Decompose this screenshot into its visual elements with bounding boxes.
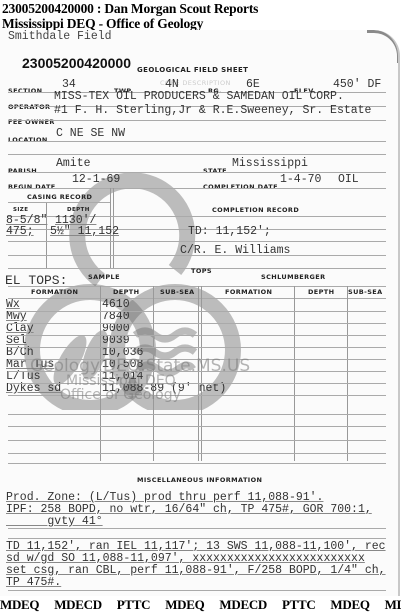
field-name: Smithdale Field [8, 30, 112, 43]
operator-label: OPERATOR [8, 103, 50, 111]
casing-row-2-depth: 5½" 11,152 [50, 225, 119, 238]
col-subsea-sample: SUB-SEA [160, 288, 195, 296]
casing-depth-header: DEPTH [67, 207, 90, 213]
well-type-value: OIL [338, 173, 359, 186]
misc-line: set csg, ran CBL, perf 11,088-91', F/258… [6, 564, 386, 577]
casing-size-header: SIZE [13, 207, 28, 213]
completion-date-value: 1-4-70 [280, 173, 321, 186]
section-label: SECTION [8, 87, 43, 95]
state-label: STATE [203, 167, 227, 175]
sheet-title: GEOLOGICAL FIELD SHEET [137, 66, 248, 74]
parish-value: Amite [56, 157, 91, 170]
col-formation-schlumberger: FORMATION [225, 288, 272, 296]
col-depth-sample: DEPTH [113, 288, 139, 296]
footer-item: PTTC [282, 597, 315, 612]
col-subsea-schlumberger: SUB-SEA [348, 288, 383, 296]
location-value: C NE SE NW [56, 127, 125, 140]
misc-line: gvty 41° [6, 515, 103, 528]
location-label: LOCATION [8, 136, 48, 144]
misc-title: MISCELLANEOUS INFORMATION [137, 476, 262, 484]
operator-value: MISS-TEX OIL PRODUCERS & SAMEDAN OIL COR… [54, 90, 344, 103]
begin-date-label: BEGIN DATE [8, 183, 56, 191]
casing-record-title: CASING RECORD [27, 193, 92, 201]
footer-item: MDECD [385, 597, 401, 612]
geological-field-sheet: Smithdale Field 23005200420000 GEOLOGICA… [0, 30, 400, 596]
footer-item: MDECD [54, 597, 102, 612]
completion-record-title: COMPLETION RECORD [212, 206, 299, 214]
api-number: 23005200420000 [22, 55, 131, 71]
begin-date-value: 12-1-69 [72, 173, 120, 186]
footer-item: MDEQ [165, 597, 204, 612]
footer-sponsor-bar: MDEQ MDECD PTTC MDEQ MDECD PTTC MDEQ MDE… [0, 597, 401, 613]
sample-title: SAMPLE [88, 273, 120, 281]
parish-label: PARISH [8, 167, 37, 175]
completion-date-label: COMPLETION DATE [203, 183, 278, 191]
completion-td: TD: 11,152'; [188, 225, 271, 238]
tops-title: TOPS [191, 267, 212, 275]
footer-item: PTTC [117, 597, 150, 612]
footer-item: MDEQ [0, 597, 39, 612]
fee-owner-value: #1 F. H. Sterling,Jr & R.E.Sweeney, Sr. … [54, 104, 371, 117]
footer-item: MDECD [219, 597, 267, 612]
report-title: 23005200420000 : Dan Morgan Scout Report… [2, 1, 258, 17]
footer-item: MDEQ [330, 597, 369, 612]
misc-line: TP 475#. [6, 576, 61, 589]
watermark-office: Office of Geology [60, 387, 181, 403]
col-formation-sample: FORMATION [31, 288, 78, 296]
schlumberger-title: SCHLUMBERGER [261, 273, 326, 281]
col-depth-schlumberger: DEPTH [308, 288, 334, 296]
state-value: Mississippi [232, 157, 308, 170]
casing-row-2-size: 475; [6, 225, 34, 238]
